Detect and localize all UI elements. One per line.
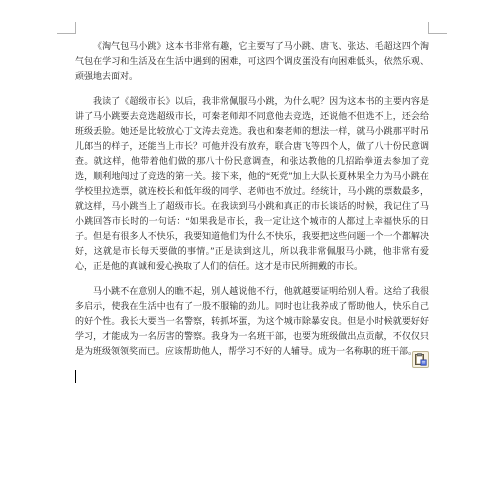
paste-options-button[interactable] — [412, 351, 429, 368]
document-text-area[interactable]: 《淘气包马小跳》这本书非常有趣，它主要写了马小跳、唐飞、张达、毛超这四个淘气包在… — [75, 39, 429, 384]
margin-crop-mark-top-left — [57, 22, 76, 34]
text-cursor — [75, 370, 76, 383]
document-page: 《淘气包马小跳》这本书非常有趣，它主要写了马小跳、唐飞、张达、毛超这四个淘气包在… — [0, 0, 500, 496]
clipboard-paste-icon — [414, 353, 427, 366]
paragraph-3: 马小跳不在意别人的瞧不起，别人越说他不行，他就越要证明给别人看。这给了我很多启示… — [75, 284, 429, 359]
empty-line — [75, 369, 429, 384]
margin-crop-mark-top-right — [428, 22, 447, 34]
paragraph-2: 我读了《超级市长》以后，我非常佩服马小跳，为什么呢？因为这本书的主要内容是讲了马… — [75, 94, 429, 274]
paragraph-1: 《淘气包马小跳》这本书非常有趣，它主要写了马小跳、唐飞、张达、毛超这四个淘气包在… — [75, 39, 429, 84]
